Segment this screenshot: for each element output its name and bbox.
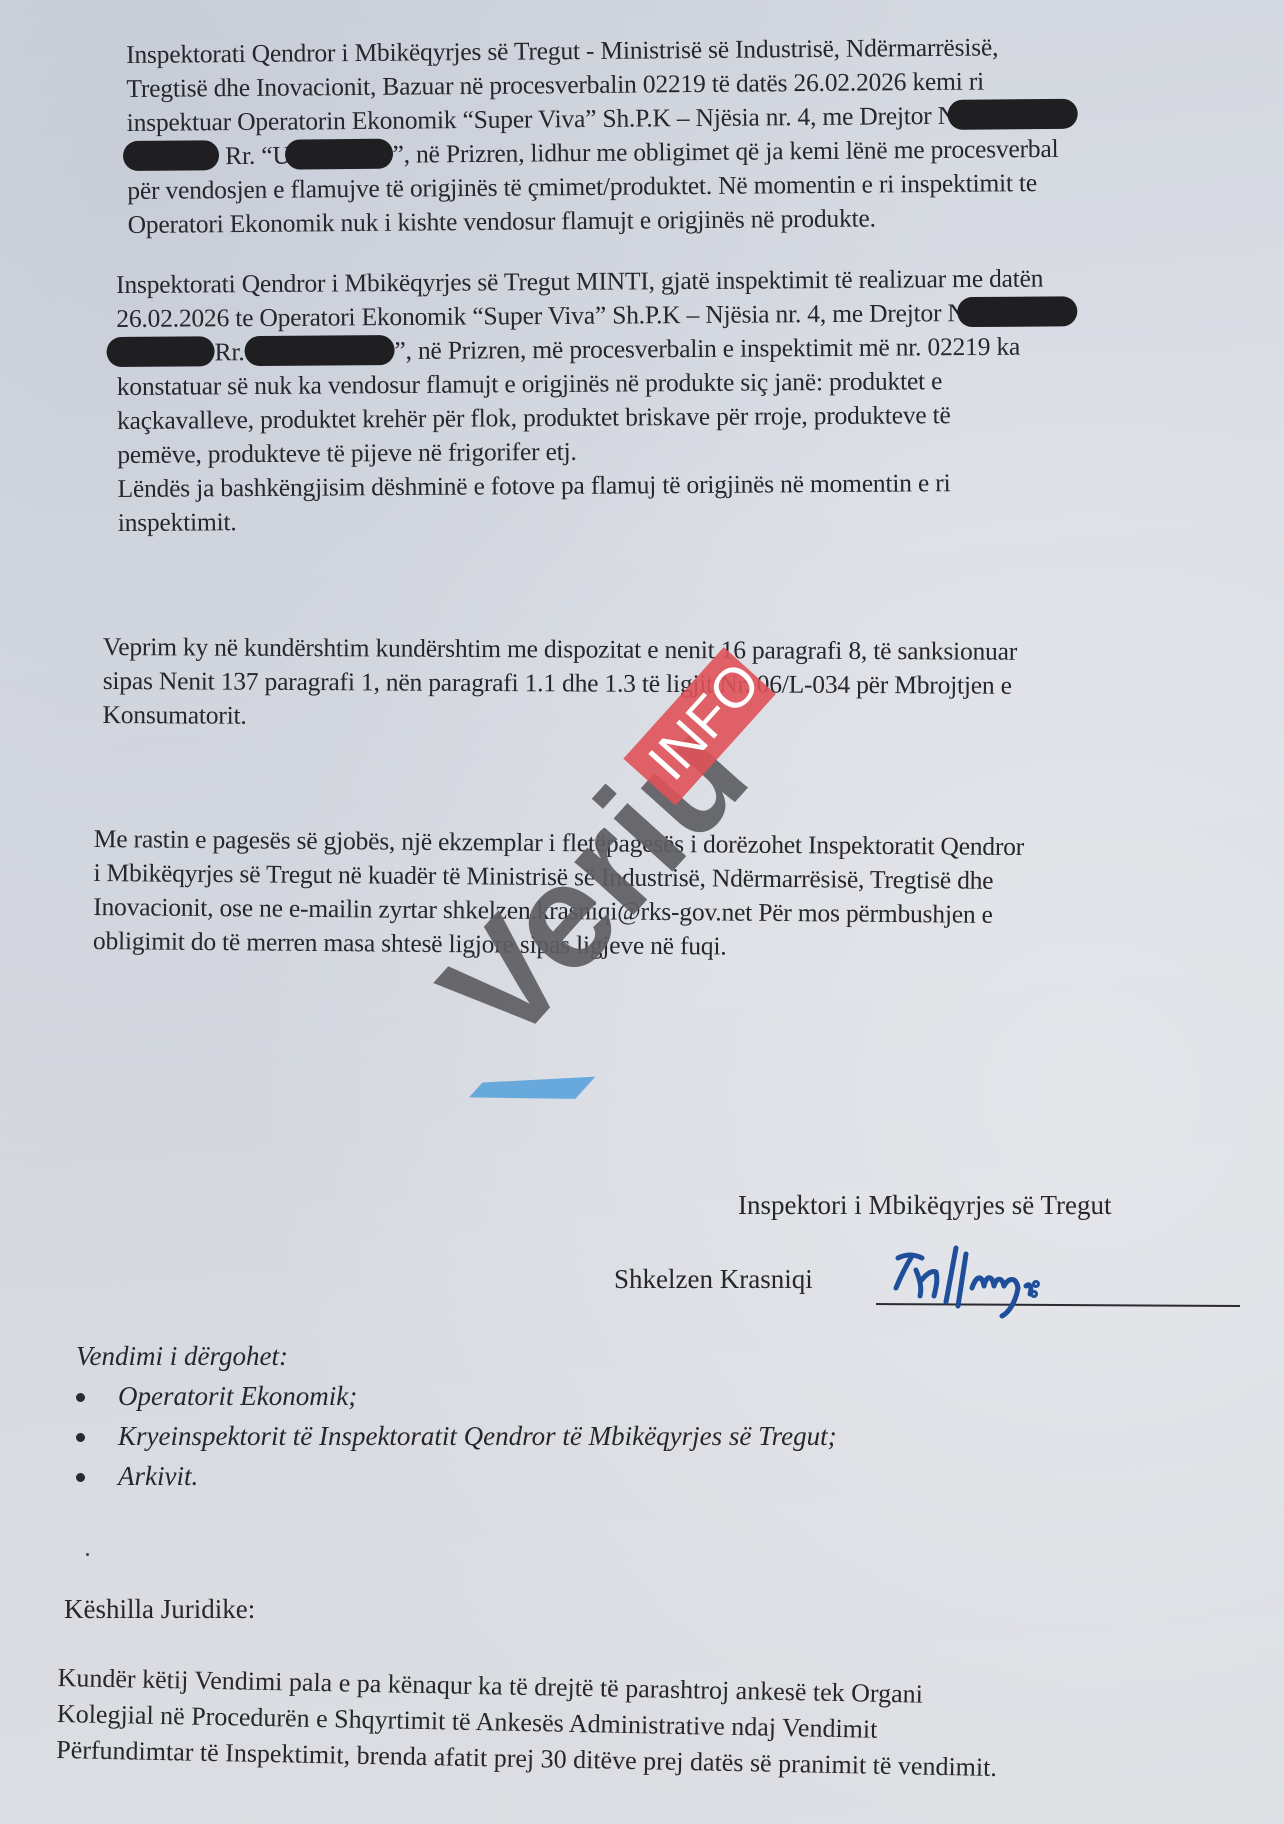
paragraph-inspection-findings: Inspektorati Qendror i Mbikëqyrjes së Tr… <box>116 261 1079 540</box>
text-line: Konsumatorit. <box>102 698 1016 737</box>
redaction-mark <box>948 99 1078 130</box>
paper-speck <box>86 1553 89 1556</box>
distribution-heading: Vendimi i dërgohet: <box>76 1336 837 1376</box>
text-line: inspektimit. <box>118 499 1080 540</box>
redaction-mark <box>106 336 214 367</box>
list-item: Arkivit. <box>76 1456 837 1496</box>
legal-advice-text: Kundër këtij Vendimi pala e pa kënaqur k… <box>56 1660 999 1786</box>
text-line: sipas Nenit 137 paragrafi 1, nën paragra… <box>103 664 1017 703</box>
paragraph-legal-violation: Veprim ky në kundërshtim kundërshtim me … <box>102 630 1017 737</box>
paragraph-inspection-summary: Inspektorati Qendror i Mbikëqyrjes së Tr… <box>126 30 1079 242</box>
redaction-mark <box>123 140 219 171</box>
signatory-title: Inspektori i Mbikëqyrjes së Tregut <box>738 1190 1111 1221</box>
paragraph-payment-instructions: Me rastin e pagesës së gjobës, një ekzem… <box>93 822 1024 966</box>
text-line: Lëndës ja bashkëngjisim dëshminë e fotov… <box>117 465 1079 506</box>
redaction-mark <box>958 296 1078 327</box>
signatory-name: Shkelzen Krasniqi <box>614 1264 813 1295</box>
distribution-list: Vendimi i dërgohet: Operatorit Ekonomik;… <box>76 1336 837 1496</box>
document-page: Inspektorati Qendror i Mbikëqyrjes së Tr… <box>0 0 1284 1824</box>
legal-advice-heading: Këshilla Juridike: <box>64 1594 255 1625</box>
text-line: Veprim ky në kundërshtim kundërshtim me … <box>103 630 1017 669</box>
redaction-mark <box>284 139 392 170</box>
handwritten-signature <box>876 1236 1096 1326</box>
text-line: kaçkavalleve, produktet krehër për flok,… <box>117 397 1079 438</box>
list-item: Kryeinspektorit të Inspektoratit Qendror… <box>76 1416 837 1456</box>
text-line: Operatori Ekonomik nuk i kishte vendosur… <box>127 200 1078 242</box>
redaction-mark <box>244 335 394 366</box>
list-item: Operatorit Ekonomik; <box>76 1376 837 1416</box>
